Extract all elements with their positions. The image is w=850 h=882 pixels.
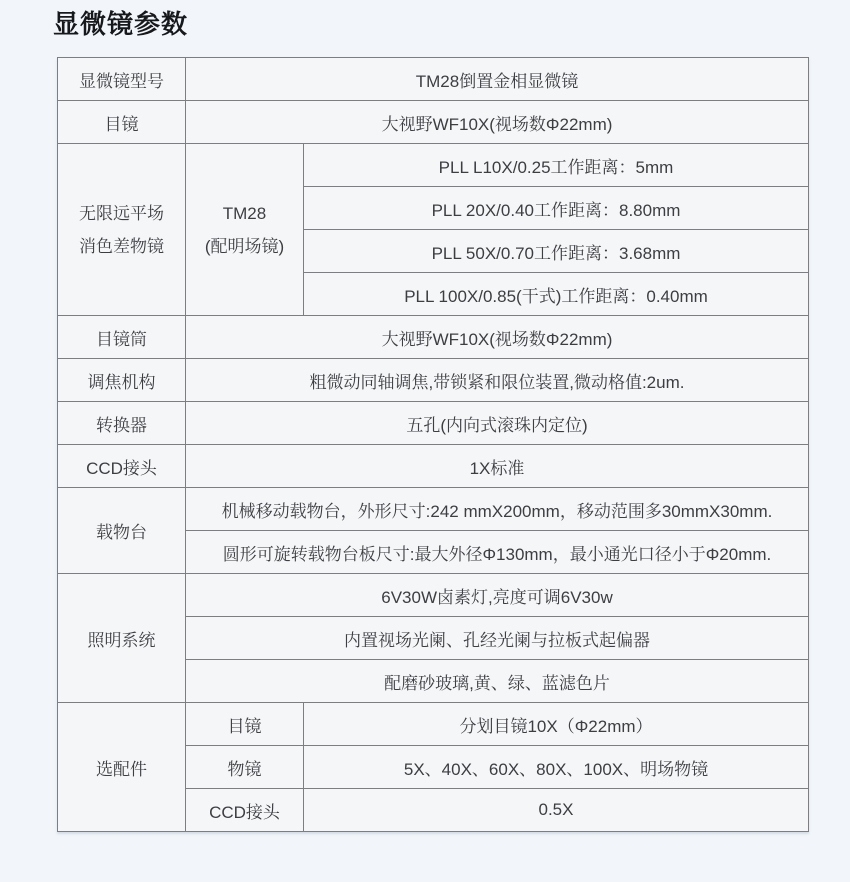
row-label-eyepiece: 目镜 bbox=[58, 101, 186, 144]
table-row-eyepiece: 目镜 大视野WF10X(视场数Φ22mm) bbox=[58, 101, 809, 144]
table-row-focus: 调焦机构 粗微动同轴调焦,带锁紧和限位装置,微动格值:2um. bbox=[58, 359, 809, 402]
objective-sublabel-line2: (配明场镜) bbox=[190, 230, 299, 263]
cell-tube-value: 大视野WF10X(视场数Φ22mm) bbox=[186, 316, 809, 359]
row-label-focus: 调焦机构 bbox=[58, 359, 186, 402]
cell-objective-spec-3: PLL 50X/0.70工作距离：3.68mm bbox=[304, 230, 809, 273]
cell-accessory-name-3: CCD接头 bbox=[186, 789, 304, 832]
cell-accessory-value-1: 分划目镜10X（Φ22mm） bbox=[304, 703, 809, 746]
cell-objective-spec-4: PLL 100X/0.85(干式)工作距离：0.40mm bbox=[304, 273, 809, 316]
row-label-ccd: CCD接头 bbox=[58, 445, 186, 488]
table-row-ccd: CCD接头 1X标准 bbox=[58, 445, 809, 488]
cell-objective-sublabel: TM28 (配明场镜) bbox=[186, 144, 304, 316]
cell-stage-spec-2: 圆形可旋转载物台板尺寸:最大外径Φ130mm，最小通光口径小于Φ20mm. bbox=[186, 531, 809, 574]
row-label-illumination: 照明系统 bbox=[58, 574, 186, 703]
cell-objective-spec-1: PLL L10X/0.25工作距离：5mm bbox=[304, 144, 809, 187]
cell-objective-spec-2: PLL 20X/0.40工作距离：8.80mm bbox=[304, 187, 809, 230]
table-row-nosepiece: 转换器 五孔(内向式滚珠内定位) bbox=[58, 402, 809, 445]
cell-illumination-spec-1: 6V30W卤素灯,亮度可调6V30w bbox=[186, 574, 809, 617]
cell-accessory-name-1: 目镜 bbox=[186, 703, 304, 746]
cell-stage-spec-1: 机械移动载物台，外形尺寸:242 mmX200mm，移动范围多30mmX30mm… bbox=[186, 488, 809, 531]
table-row-model: 显微镜型号 TM28倒置金相显微镜 bbox=[58, 58, 809, 101]
row-label-accessories: 选配件 bbox=[58, 703, 186, 832]
table-row-objective-1: 无限远平场 消色差物镜 TM28 (配明场镜) PLL L10X/0.25工作距… bbox=[58, 144, 809, 187]
microscope-spec-table: 显微镜型号 TM28倒置金相显微镜 目镜 大视野WF10X(视场数Φ22mm) … bbox=[57, 57, 809, 832]
cell-accessory-value-3: 0.5X bbox=[304, 789, 809, 832]
row-label-objective: 无限远平场 消色差物镜 bbox=[58, 144, 186, 316]
cell-focus-value: 粗微动同轴调焦,带锁紧和限位装置,微动格值:2um. bbox=[186, 359, 809, 402]
cell-accessory-value-2: 5X、40X、60X、80X、100X、明场物镜 bbox=[304, 746, 809, 789]
table-row-tube: 目镜筒 大视野WF10X(视场数Φ22mm) bbox=[58, 316, 809, 359]
objective-sublabel-line1: TM28 bbox=[190, 197, 299, 230]
table-row-accessory-1: 选配件 目镜 分划目镜10X（Φ22mm） bbox=[58, 703, 809, 746]
cell-ccd-value: 1X标准 bbox=[186, 445, 809, 488]
row-label-stage: 载物台 bbox=[58, 488, 186, 574]
row-label-nosepiece: 转换器 bbox=[58, 402, 186, 445]
cell-eyepiece-value: 大视野WF10X(视场数Φ22mm) bbox=[186, 101, 809, 144]
table-row-illumination-1: 照明系统 6V30W卤素灯,亮度可调6V30w bbox=[58, 574, 809, 617]
cell-illumination-spec-3: 配磨砂玻璃,黄、绿、蓝滤色片 bbox=[186, 660, 809, 703]
cell-nosepiece-value: 五孔(内向式滚珠内定位) bbox=[186, 402, 809, 445]
cell-accessory-name-2: 物镜 bbox=[186, 746, 304, 789]
table-row-stage-1: 载物台 机械移动载物台，外形尺寸:242 mmX200mm，移动范围多30mmX… bbox=[58, 488, 809, 531]
objective-label-line1: 无限远平场 bbox=[62, 197, 181, 230]
cell-model-value: TM28倒置金相显微镜 bbox=[186, 58, 809, 101]
row-label-model: 显微镜型号 bbox=[58, 58, 186, 101]
row-label-tube: 目镜筒 bbox=[58, 316, 186, 359]
objective-label-line2: 消色差物镜 bbox=[62, 230, 181, 263]
cell-illumination-spec-2: 内置视场光阑、孔经光阑与拉板式起偏器 bbox=[186, 617, 809, 660]
page-title: 显微镜参数 bbox=[53, 4, 188, 41]
